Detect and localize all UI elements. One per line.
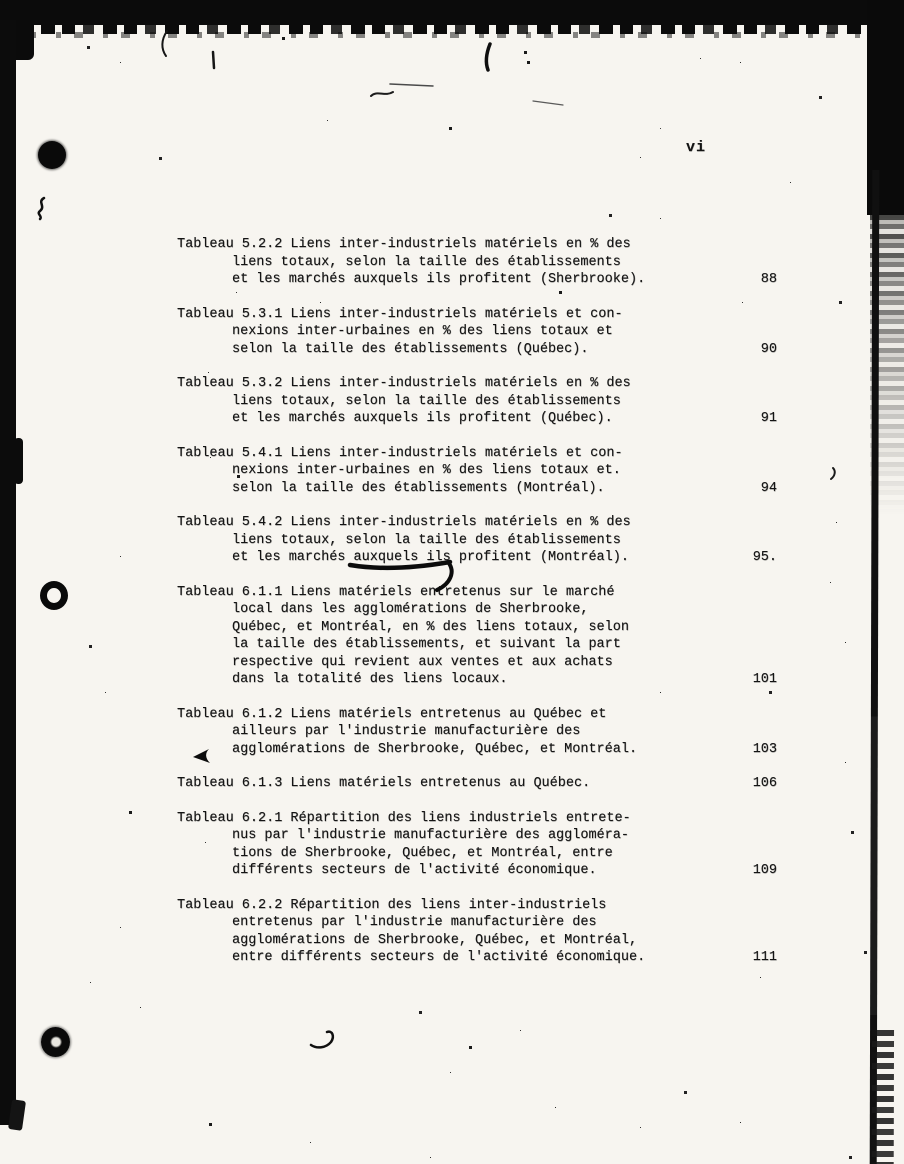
toc-entry-text: Tableau 5.3.1 Liens inter-industriels ma… [177, 306, 777, 359]
scan-left-edge [0, 20, 16, 1125]
toc-entry-page: 90 [761, 341, 777, 359]
scan-noise-specks [0, 0, 1, 1]
toc-entry: Tableau 5.3.1 Liens inter-industriels ma… [177, 306, 777, 359]
pen-tick-mark [213, 52, 214, 68]
toc-entry: Tableau 5.3.2 Liens inter-industriels ma… [177, 375, 777, 428]
scan-top-edge [0, 0, 904, 25]
toc-entry-page: 91 [761, 410, 777, 428]
toc-entry-text: Tableau 5.3.2 Liens inter-industriels ma… [177, 375, 777, 428]
toc-entry-text: Tableau 6.2.1 Répartition des liens indu… [177, 810, 777, 880]
ring-mark [40, 581, 68, 610]
pen-squiggle-mark [39, 198, 44, 219]
ink-ring-mark-bottom [41, 1027, 70, 1057]
list-of-tables: Tableau 5.2.2 Liens inter-industriels ma… [177, 236, 777, 984]
toc-entry-page: 101 [753, 671, 777, 689]
toc-entry: Tableau 6.2.1 Répartition des liens indu… [177, 810, 777, 880]
toc-entry-text: Tableau 6.1.1 Liens matériels entretenus… [177, 584, 777, 689]
pen-dash-mark [390, 84, 433, 86]
pen-swoosh-mark [371, 92, 393, 96]
toc-entry-page: 95. [753, 549, 777, 567]
pen-curl-mark [311, 1032, 333, 1048]
toc-entry-text: Tableau 5.4.1 Liens inter-industriels ma… [177, 445, 777, 498]
toc-entry-page: 94 [761, 480, 777, 498]
toc-entry: Tableau 5.4.2 Liens inter-industriels ma… [177, 514, 777, 567]
pen-comma-mark [831, 468, 835, 479]
toc-entry: Tableau 6.1.1 Liens matériels entretenus… [177, 584, 777, 689]
scanned-document-page: vi Tableau 5.2.2 Liens inter-industriels… [0, 0, 904, 1164]
toc-entry-text: Tableau 6.1.2 Liens matériels entretenus… [177, 706, 777, 759]
toc-entry-page: 106 [753, 775, 777, 793]
pen-stroke-mark [486, 44, 490, 70]
toc-entry: Tableau 5.2.2 Liens inter-industriels ma… [177, 236, 777, 289]
toc-entry-text: Tableau 5.4.2 Liens inter-industriels ma… [177, 514, 777, 567]
toc-entry: Tableau 6.1.2 Liens matériels entretenus… [177, 706, 777, 759]
scan-right-edge-line [870, 170, 880, 1164]
toc-entry: Tableau 6.1.3 Liens matériels entretenus… [177, 775, 777, 793]
toc-entry-page: 109 [753, 862, 777, 880]
toc-entry-text: Tableau 6.1.3 Liens matériels entretenus… [177, 775, 777, 793]
toc-entry-page: 103 [753, 741, 777, 759]
pen-faint-line [533, 101, 563, 105]
toc-entry: Tableau 6.2.2 Répartition des liens inte… [177, 897, 777, 967]
toc-entry-text: Tableau 5.2.2 Liens inter-industriels ma… [177, 236, 777, 289]
toc-entry-text: Tableau 6.2.2 Répartition des liens inte… [177, 897, 777, 967]
toc-entry: Tableau 5.4.1 Liens inter-industriels ma… [177, 445, 777, 498]
toc-entry-page: 111 [753, 949, 777, 967]
ink-dot-mark [38, 141, 66, 169]
page-number: vi [686, 139, 706, 156]
toc-entry-page: 88 [761, 271, 777, 289]
